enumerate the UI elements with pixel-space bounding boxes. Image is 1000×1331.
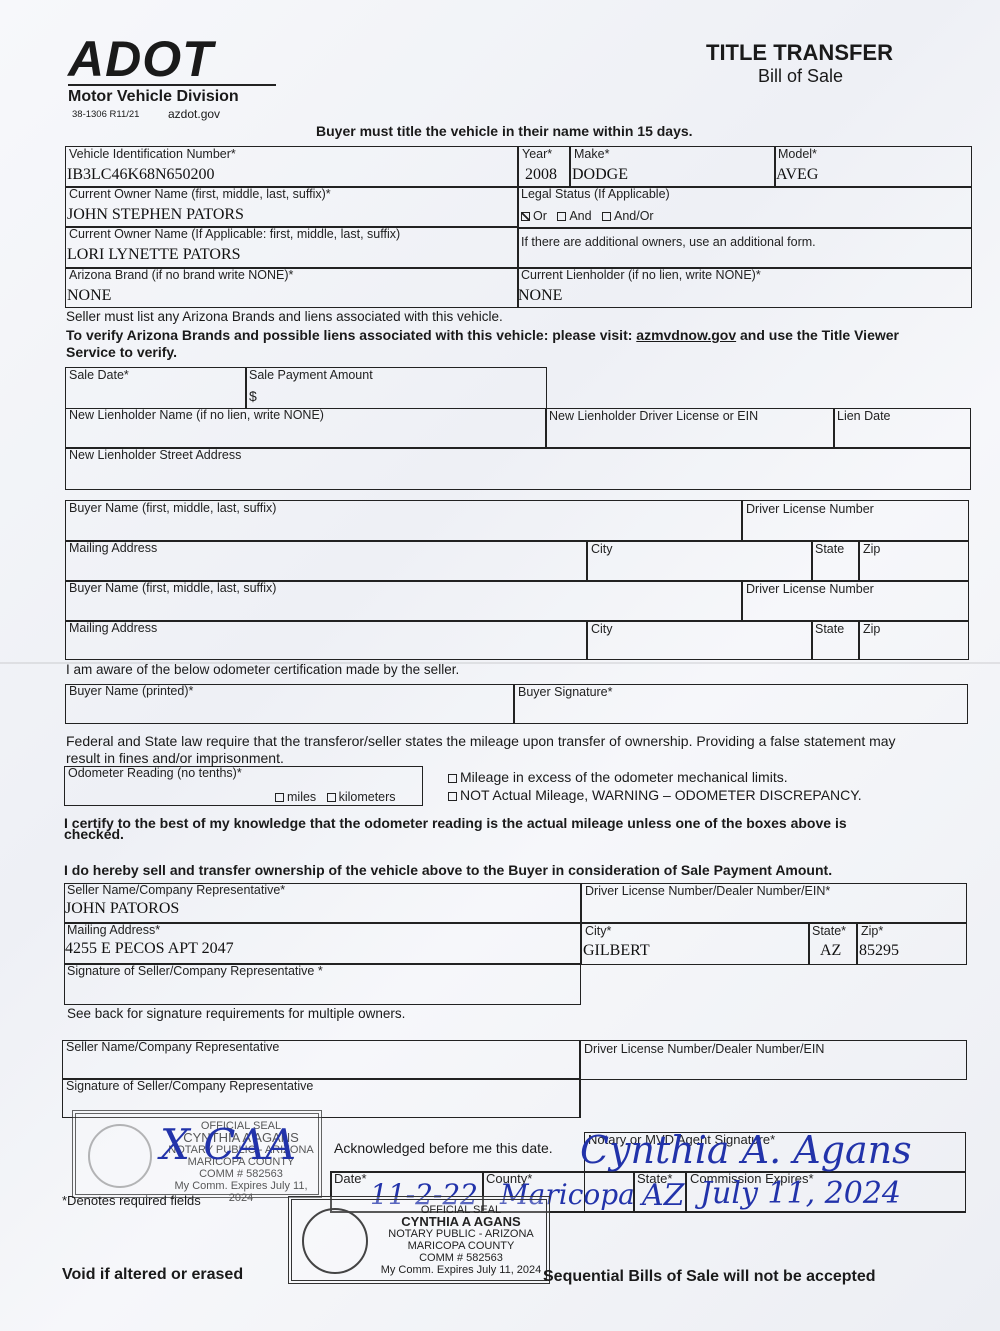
brand-label: Arizona Brand (if no brand write NONE)* <box>69 268 293 282</box>
void-note: Void if altered or erased <box>62 1266 243 1284</box>
buyer2-zip-label: Zip <box>863 622 880 636</box>
commission-handwritten[interactable]: July 11, 2024 <box>700 1176 901 1211</box>
payment-field[interactable]: $ <box>249 388 257 404</box>
model-field[interactable]: AVEG <box>776 166 818 184</box>
arizona-state-seal-icon <box>302 1208 368 1274</box>
owner2-field[interactable]: LORI LYNETTE PATORS <box>67 246 241 264</box>
checkbox-icon[interactable] <box>448 792 457 801</box>
seller-zip-label: Zip* <box>861 924 883 938</box>
legal-status-and[interactable]: And <box>557 209 591 223</box>
buyer-printed-name-label: Buyer Name (printed)* <box>69 684 193 698</box>
title-notice: Buyer must title the vehicle in their na… <box>316 123 693 139</box>
checkbox-icon[interactable] <box>602 212 611 221</box>
buyer-ack-section <box>65 684 968 724</box>
website: azdot.gov <box>168 107 220 121</box>
buyer1-name-label: Buyer Name (first, middle, last, suffix) <box>69 501 276 515</box>
units-options: miles kilometers <box>275 790 396 804</box>
legal-status-options: Or And And/Or <box>521 209 654 223</box>
excess-mileage-option[interactable]: Mileage in excess of the odometer mechan… <box>448 769 788 785</box>
seller2-signature-label: Signature of Seller/Company Representati… <box>66 1079 313 1093</box>
title-transfer-form: ADOT Motor Vehicle Division 38-1306 R11/… <box>0 0 1000 1331</box>
adot-logo: ADOT <box>68 34 214 84</box>
seller-city-label: City* <box>585 924 611 938</box>
buyer-ack-statement: I am aware of the below odometer certifi… <box>66 662 459 677</box>
payment-label: Sale Payment Amount <box>249 368 373 382</box>
seller-state-label: State* <box>812 924 846 938</box>
notary-seal: OFFICIAL SEAL CYNTHIA A AGANS NOTARY PUB… <box>288 1196 550 1284</box>
brand-notice-2: To verify Arizona Brands and possible li… <box>66 327 899 343</box>
seller2-dl-label: Driver License Number/Dealer Number/EIN <box>584 1042 824 1056</box>
vin-field[interactable]: IB3LC46K68N650200 <box>67 166 215 184</box>
new-lienholder-label: New Lienholder Name (if no lien, write N… <box>69 408 324 422</box>
year-label: Year* <box>522 147 552 161</box>
seller-name-label: Seller Name/Company Representative* <box>67 883 285 897</box>
seller-city-field[interactable]: GILBERT <box>583 942 650 960</box>
not-actual-mileage-option[interactable]: NOT Actual Mileage, WARNING – ODOMETER D… <box>448 787 862 803</box>
notary-signature[interactable]: Cynthia A. Agans <box>580 1128 912 1172</box>
owner2-label: Current Owner Name (If Applicable: first… <box>69 227 400 241</box>
additional-owners-note: If there are additional owners, use an a… <box>521 235 816 249</box>
legal-status-or[interactable]: Or <box>521 209 547 223</box>
legal-status-andor[interactable]: And/Or <box>602 209 654 223</box>
form-title: TITLE TRANSFER <box>706 40 893 66</box>
buyer2-dl-label: Driver License Number <box>746 582 874 596</box>
buyer2-address-label: Mailing Address <box>69 621 157 635</box>
buyer-signature-label: Buyer Signature* <box>518 685 613 699</box>
seller-dl-label: Driver License Number/Dealer Number/EIN* <box>585 884 830 898</box>
brand-field[interactable]: NONE <box>67 287 111 305</box>
lien-date-label: Lien Date <box>837 409 891 423</box>
buyer1-address-label: Mailing Address <box>69 541 157 555</box>
owner1-field[interactable]: JOHN STEPHEN PATORS <box>67 206 244 224</box>
new-lienholder-address-label: New Lienholder Street Address <box>69 448 241 462</box>
kilometers-option[interactable]: kilometers <box>327 790 396 804</box>
lienholder-label: Current Lienholder (if no lien, write NO… <box>521 268 761 282</box>
notary-state-handwritten[interactable]: AZ <box>642 1178 685 1213</box>
certify-text-1: I certify to the best of my knowledge th… <box>64 815 847 831</box>
sale-date-field[interactable] <box>67 384 243 406</box>
lienholder-field[interactable]: NONE <box>518 287 562 305</box>
make-field[interactable]: DODGE <box>572 166 628 184</box>
brand-notice-3: Service to verify. <box>66 344 177 360</box>
buyer2-city-label: City <box>591 622 613 636</box>
owner1-label: Current Owner Name (first, middle, last,… <box>69 187 331 201</box>
new-lienholder-dl-label: New Lienholder Driver License or EIN <box>549 409 758 423</box>
seller-name-field[interactable]: JOHN PATOROS <box>65 900 179 918</box>
seller-address-field[interactable]: 4255 E PECOS APT 2047 <box>65 940 234 958</box>
seller-address-label: Mailing Address* <box>67 923 160 937</box>
seller-state-field[interactable]: AZ <box>820 942 841 960</box>
model-label: Model* <box>778 147 817 161</box>
odometer-law-text-2: result in fines and/or imprisonment. <box>66 750 284 766</box>
odometer-reading-label: Odometer Reading (no tenths)* <box>68 766 242 780</box>
make-label: Make* <box>574 147 609 161</box>
seller-initials: X CAA <box>160 1120 296 1169</box>
acknowledged-text: Acknowledged before me this date. <box>334 1140 553 1156</box>
notary-date-label: Date* <box>334 1171 367 1186</box>
buyer2-state-label: State <box>815 622 844 636</box>
logo-rule <box>68 84 276 86</box>
transfer-statement: I do hereby sell and transfer ownership … <box>64 862 832 878</box>
arizona-state-seal-icon <box>88 1124 152 1188</box>
sequential-note: Sequential Bills of Sale will not be acc… <box>543 1268 876 1286</box>
buyer1-city-label: City <box>591 542 613 556</box>
checkbox-checked-icon[interactable] <box>521 212 530 221</box>
required-fields-note: *Denotes required fields <box>62 1193 201 1208</box>
seller2-name-label: Seller Name/Company Representative <box>66 1040 279 1054</box>
azmvdnow-link[interactable]: azmvdnow.gov <box>636 327 736 343</box>
form-number: 38-1306 R11/21 <box>72 109 139 120</box>
legal-status-label: Legal Status (If Applicable) <box>521 187 670 201</box>
buyer2-name-label: Buyer Name (first, middle, last, suffix) <box>69 581 276 595</box>
seller-zip-field[interactable]: 85295 <box>859 942 899 960</box>
checkbox-icon[interactable] <box>448 774 457 783</box>
checkbox-icon[interactable] <box>557 212 566 221</box>
multiple-owners-note: See back for signature requirements for … <box>67 1006 405 1021</box>
sale-date-label: Sale Date* <box>69 368 129 382</box>
certify-text-2: checked. <box>64 826 124 842</box>
checkbox-icon[interactable] <box>327 793 336 802</box>
vin-label: Vehicle Identification Number* <box>69 147 236 161</box>
division-name: Motor Vehicle Division <box>68 88 239 106</box>
buyer1-dl-label: Driver License Number <box>746 502 874 516</box>
brand-notice-1: Seller must list any Arizona Brands and … <box>66 309 503 324</box>
miles-option[interactable]: miles <box>275 790 316 804</box>
odometer-law-text-1: Federal and State law require that the t… <box>66 733 896 749</box>
checkbox-icon[interactable] <box>275 793 284 802</box>
form-subtitle: Bill of Sale <box>758 66 843 87</box>
year-field[interactable]: 2008 <box>525 166 557 184</box>
buyer1-state-label: State <box>815 542 844 556</box>
buyer1-zip-label: Zip <box>863 542 880 556</box>
seller-signature-label: Signature of Seller/Company Representati… <box>67 964 323 978</box>
